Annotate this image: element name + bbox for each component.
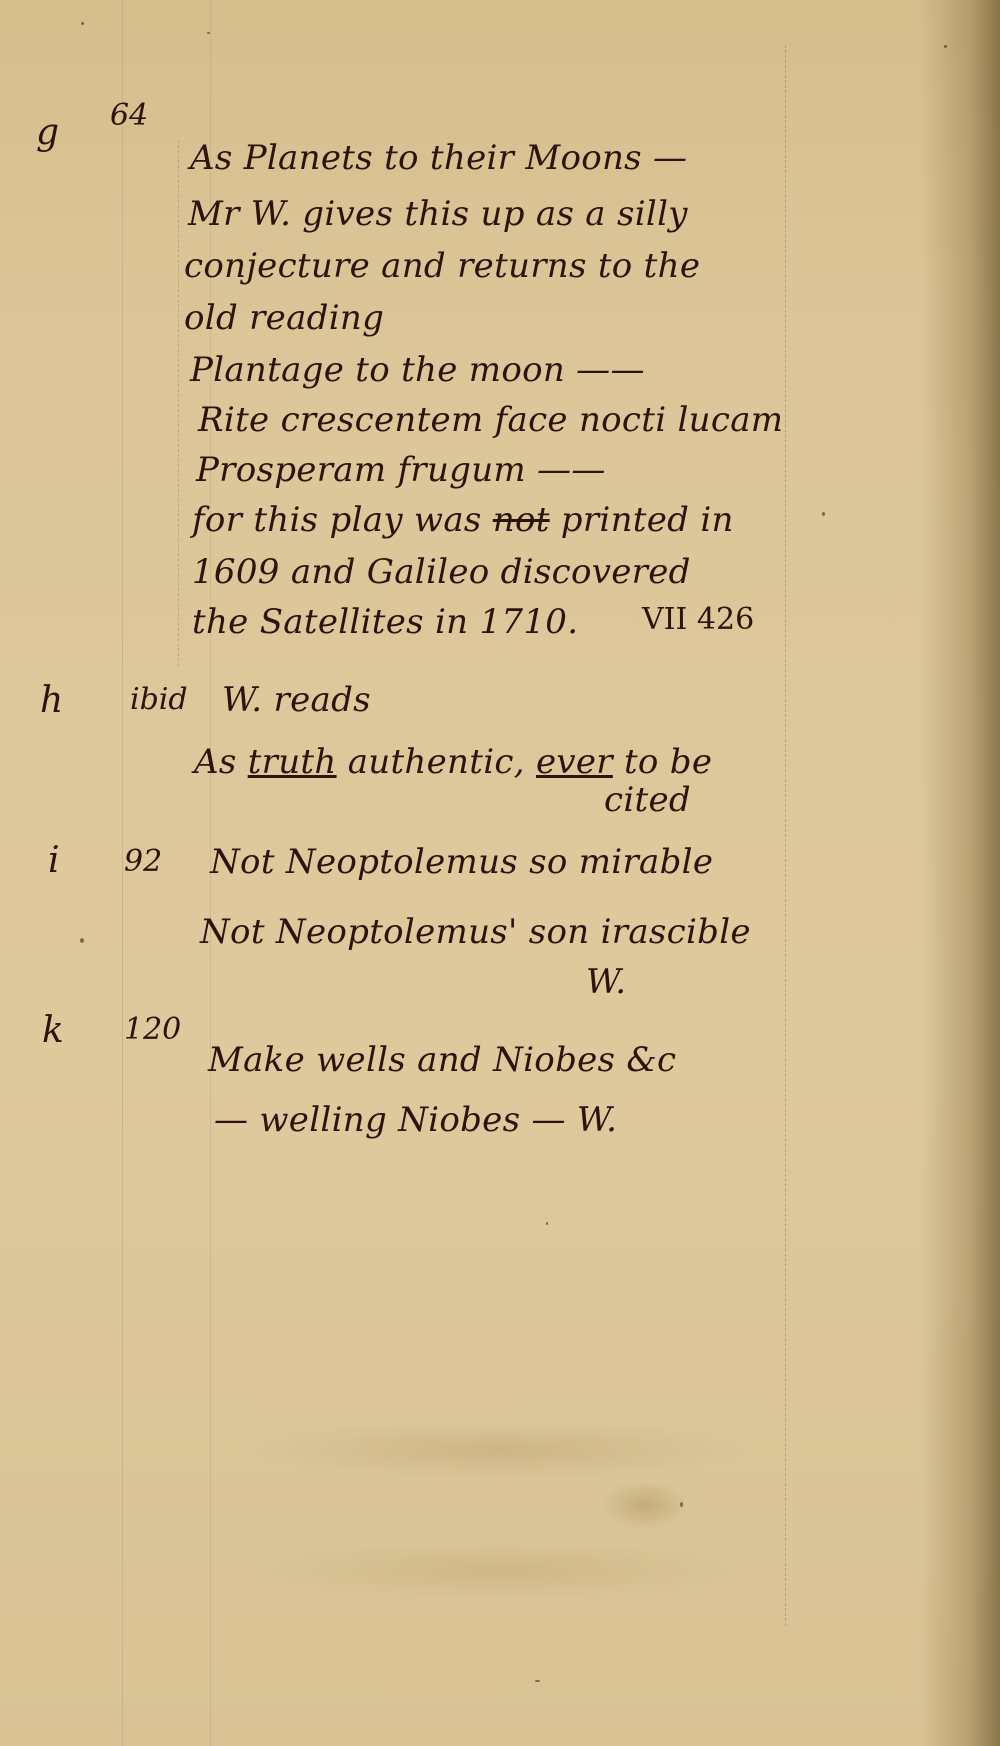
- entry-letter: h: [40, 680, 63, 721]
- line-text: for this play was: [192, 500, 493, 540]
- entry-line-ref: 64: [110, 98, 148, 133]
- paper-speck: [546, 1222, 548, 1225]
- ink-bleed-stain: [600, 1480, 690, 1530]
- ink-bleed-stain: [250, 1540, 750, 1600]
- underlined-word: truth: [248, 742, 337, 782]
- manuscript-page: g 64 As Planets to their Moons — Mr W. g…: [0, 0, 1000, 1746]
- entry-line: Prosperam frugum ——: [196, 450, 606, 490]
- entry-letter: k: [42, 1010, 64, 1051]
- paper-speck: [81, 22, 84, 25]
- text-column-rule: [178, 140, 179, 666]
- line-text: printed in: [550, 500, 734, 540]
- entry-line-ref: ibid: [130, 682, 188, 717]
- line-text: authentic,: [337, 742, 536, 782]
- line-text: to be: [613, 742, 712, 782]
- entry-line: Make wells and Niobes &c: [208, 1040, 676, 1080]
- underlined-word: ever: [536, 742, 613, 782]
- paper-speck: [207, 32, 210, 34]
- entry-line: conjecture and returns to the: [184, 246, 700, 286]
- entry-line: As Planets to their Moons —: [190, 138, 687, 178]
- entry-line: 1609 and Galileo discovered: [192, 552, 691, 592]
- margin-rule-left: [122, 0, 123, 1746]
- entry-heading: W. reads: [222, 680, 371, 720]
- entry-letter: g: [36, 112, 59, 153]
- paper-speck: [535, 1680, 540, 1682]
- volume-reference: VII 426: [642, 602, 754, 637]
- entry-line: As truth authentic, ever to be: [194, 742, 712, 782]
- paper-speck: [822, 512, 825, 516]
- entry-continuation: cited: [604, 780, 691, 820]
- margin-rule-right: [785, 45, 786, 1626]
- entry-line-ref: 120: [124, 1012, 181, 1047]
- entry-line: old reading: [184, 298, 384, 338]
- entry-line: for this play was not printed in: [192, 500, 734, 540]
- line-text: As: [194, 742, 248, 782]
- entry-line: Not Neoptolemus so mirable: [210, 842, 713, 882]
- entry-line: Plantage to the moon ——: [190, 350, 645, 390]
- entry-line: Not Neoptolemus' son irascible: [200, 912, 751, 952]
- paper-speck: [80, 938, 84, 943]
- entry-line: the Satellites in 1710.: [192, 602, 578, 642]
- struck-word: not: [493, 500, 550, 540]
- entry-line: — welling Niobes — W.: [214, 1100, 617, 1140]
- entry-line: Mr W. gives this up as a silly: [188, 194, 688, 234]
- entry-letter: i: [48, 840, 60, 881]
- entry-attribution: W.: [586, 962, 626, 1002]
- entry-line: Rite crescentem face nocti lucam: [198, 400, 783, 440]
- paper-speck: [944, 45, 947, 48]
- ink-bleed-stain: [250, 1420, 750, 1480]
- entry-line-ref: 92: [124, 844, 162, 879]
